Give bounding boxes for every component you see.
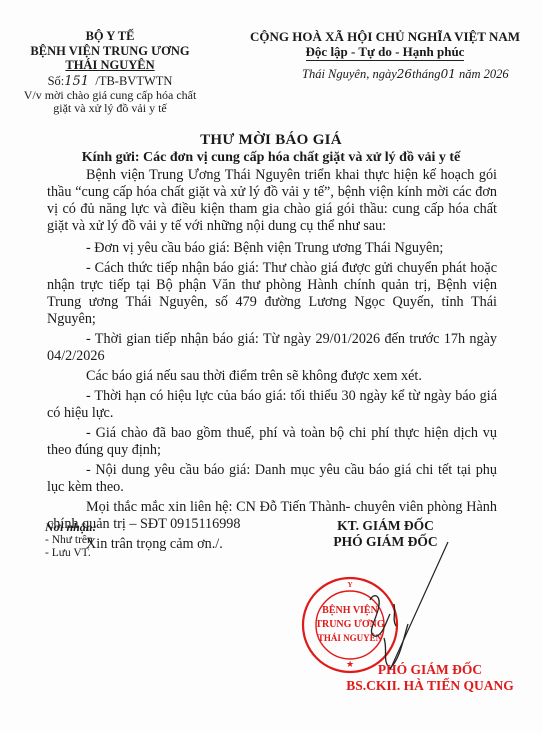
subject-line-2: giặt và xử lý đồ vải y tế	[20, 102, 200, 115]
body-paragraph: - Cách thức tiếp nhận báo giá: Thư chào …	[47, 260, 497, 328]
recipient-item: - Lưu VT.	[45, 547, 96, 560]
date-line: Thái Nguyên, ngày26tháng01 năm 2026	[302, 67, 509, 82]
date-place: Thái Nguyên, ngày	[302, 67, 397, 81]
organization-city: THÁI NGUYÊN	[20, 58, 200, 73]
signer-title: PHÓ GIÁM ĐỐC	[340, 662, 520, 678]
ref-number-handwritten: 151	[64, 74, 89, 89]
recipients-block: Nơi nhận: - Như trên - Lưu VT.	[45, 521, 96, 560]
body-paragraph: Các báo giá nếu sau thời điểm trên sẽ kh…	[47, 368, 497, 385]
date-month-label: tháng	[412, 67, 440, 81]
seal-top-letter: Y	[347, 581, 352, 589]
body-paragraph: - Thời gian tiếp nhận báo giá: Từ ngày 2…	[47, 331, 497, 365]
national-motto: Độc lập - Tự do - Hạnh phúc	[306, 44, 465, 61]
body-paragraph: - Nội dung yêu cầu báo giá: Danh mục yêu…	[47, 462, 497, 496]
recipient-item: - Như trên	[45, 534, 96, 547]
recipient-line: Kính gửi: Các đơn vị cung cấp hóa chất g…	[0, 150, 542, 166]
date-year: năm 2026	[459, 67, 509, 81]
body-paragraph: - Đơn vị yêu cầu báo giá: Bệnh viện Trun…	[47, 240, 497, 257]
issuer-header: BỘ Y TẾ BỆNH VIỆN TRUNG ƯƠNG THÁI NGUYÊN…	[20, 29, 200, 115]
ministry-name: BỘ Y TẾ	[20, 29, 200, 44]
nation-title: CỘNG HOÀ XÃ HỘI CHỦ NGHĨA VIỆT NAM	[236, 29, 534, 44]
document-title: THƯ MỜI BÁO GIÁ	[0, 132, 542, 149]
body-paragraph: Bệnh viện Trung Ương Thái Nguyên triển k…	[47, 167, 497, 235]
signer-block: PHÓ GIÁM ĐỐC BS.CKII. HÀ TIẾN QUANG	[340, 662, 520, 694]
signer-name: BS.CKII. HÀ TIẾN QUANG	[340, 678, 520, 694]
recipients-title: Nơi nhận:	[45, 521, 96, 534]
body-paragraph: - Thời hạn có hiệu lực của báo giá: tối …	[47, 388, 497, 422]
body-paragraph: - Giá chào đã bao gồm thuế, phí và toàn …	[47, 425, 497, 459]
signature-line-1: KT. GIÁM ĐỐC	[318, 518, 453, 534]
date-day: 26	[397, 67, 412, 81]
reference-number: Số:151 /TB-BVTWTN	[20, 74, 200, 90]
national-header: CỘNG HOÀ XÃ HỘI CHỦ NGHĨA VIỆT NAM Độc l…	[236, 29, 534, 61]
date-month: 01	[441, 67, 456, 81]
organization-name: BỆNH VIỆN TRUNG ƯƠNG	[20, 44, 200, 59]
document-body: Bệnh viện Trung Ương Thái Nguyên triển k…	[47, 167, 497, 556]
ref-suffix: /TB-BVTWTN	[95, 74, 172, 88]
ref-prefix: Số:	[48, 74, 65, 88]
